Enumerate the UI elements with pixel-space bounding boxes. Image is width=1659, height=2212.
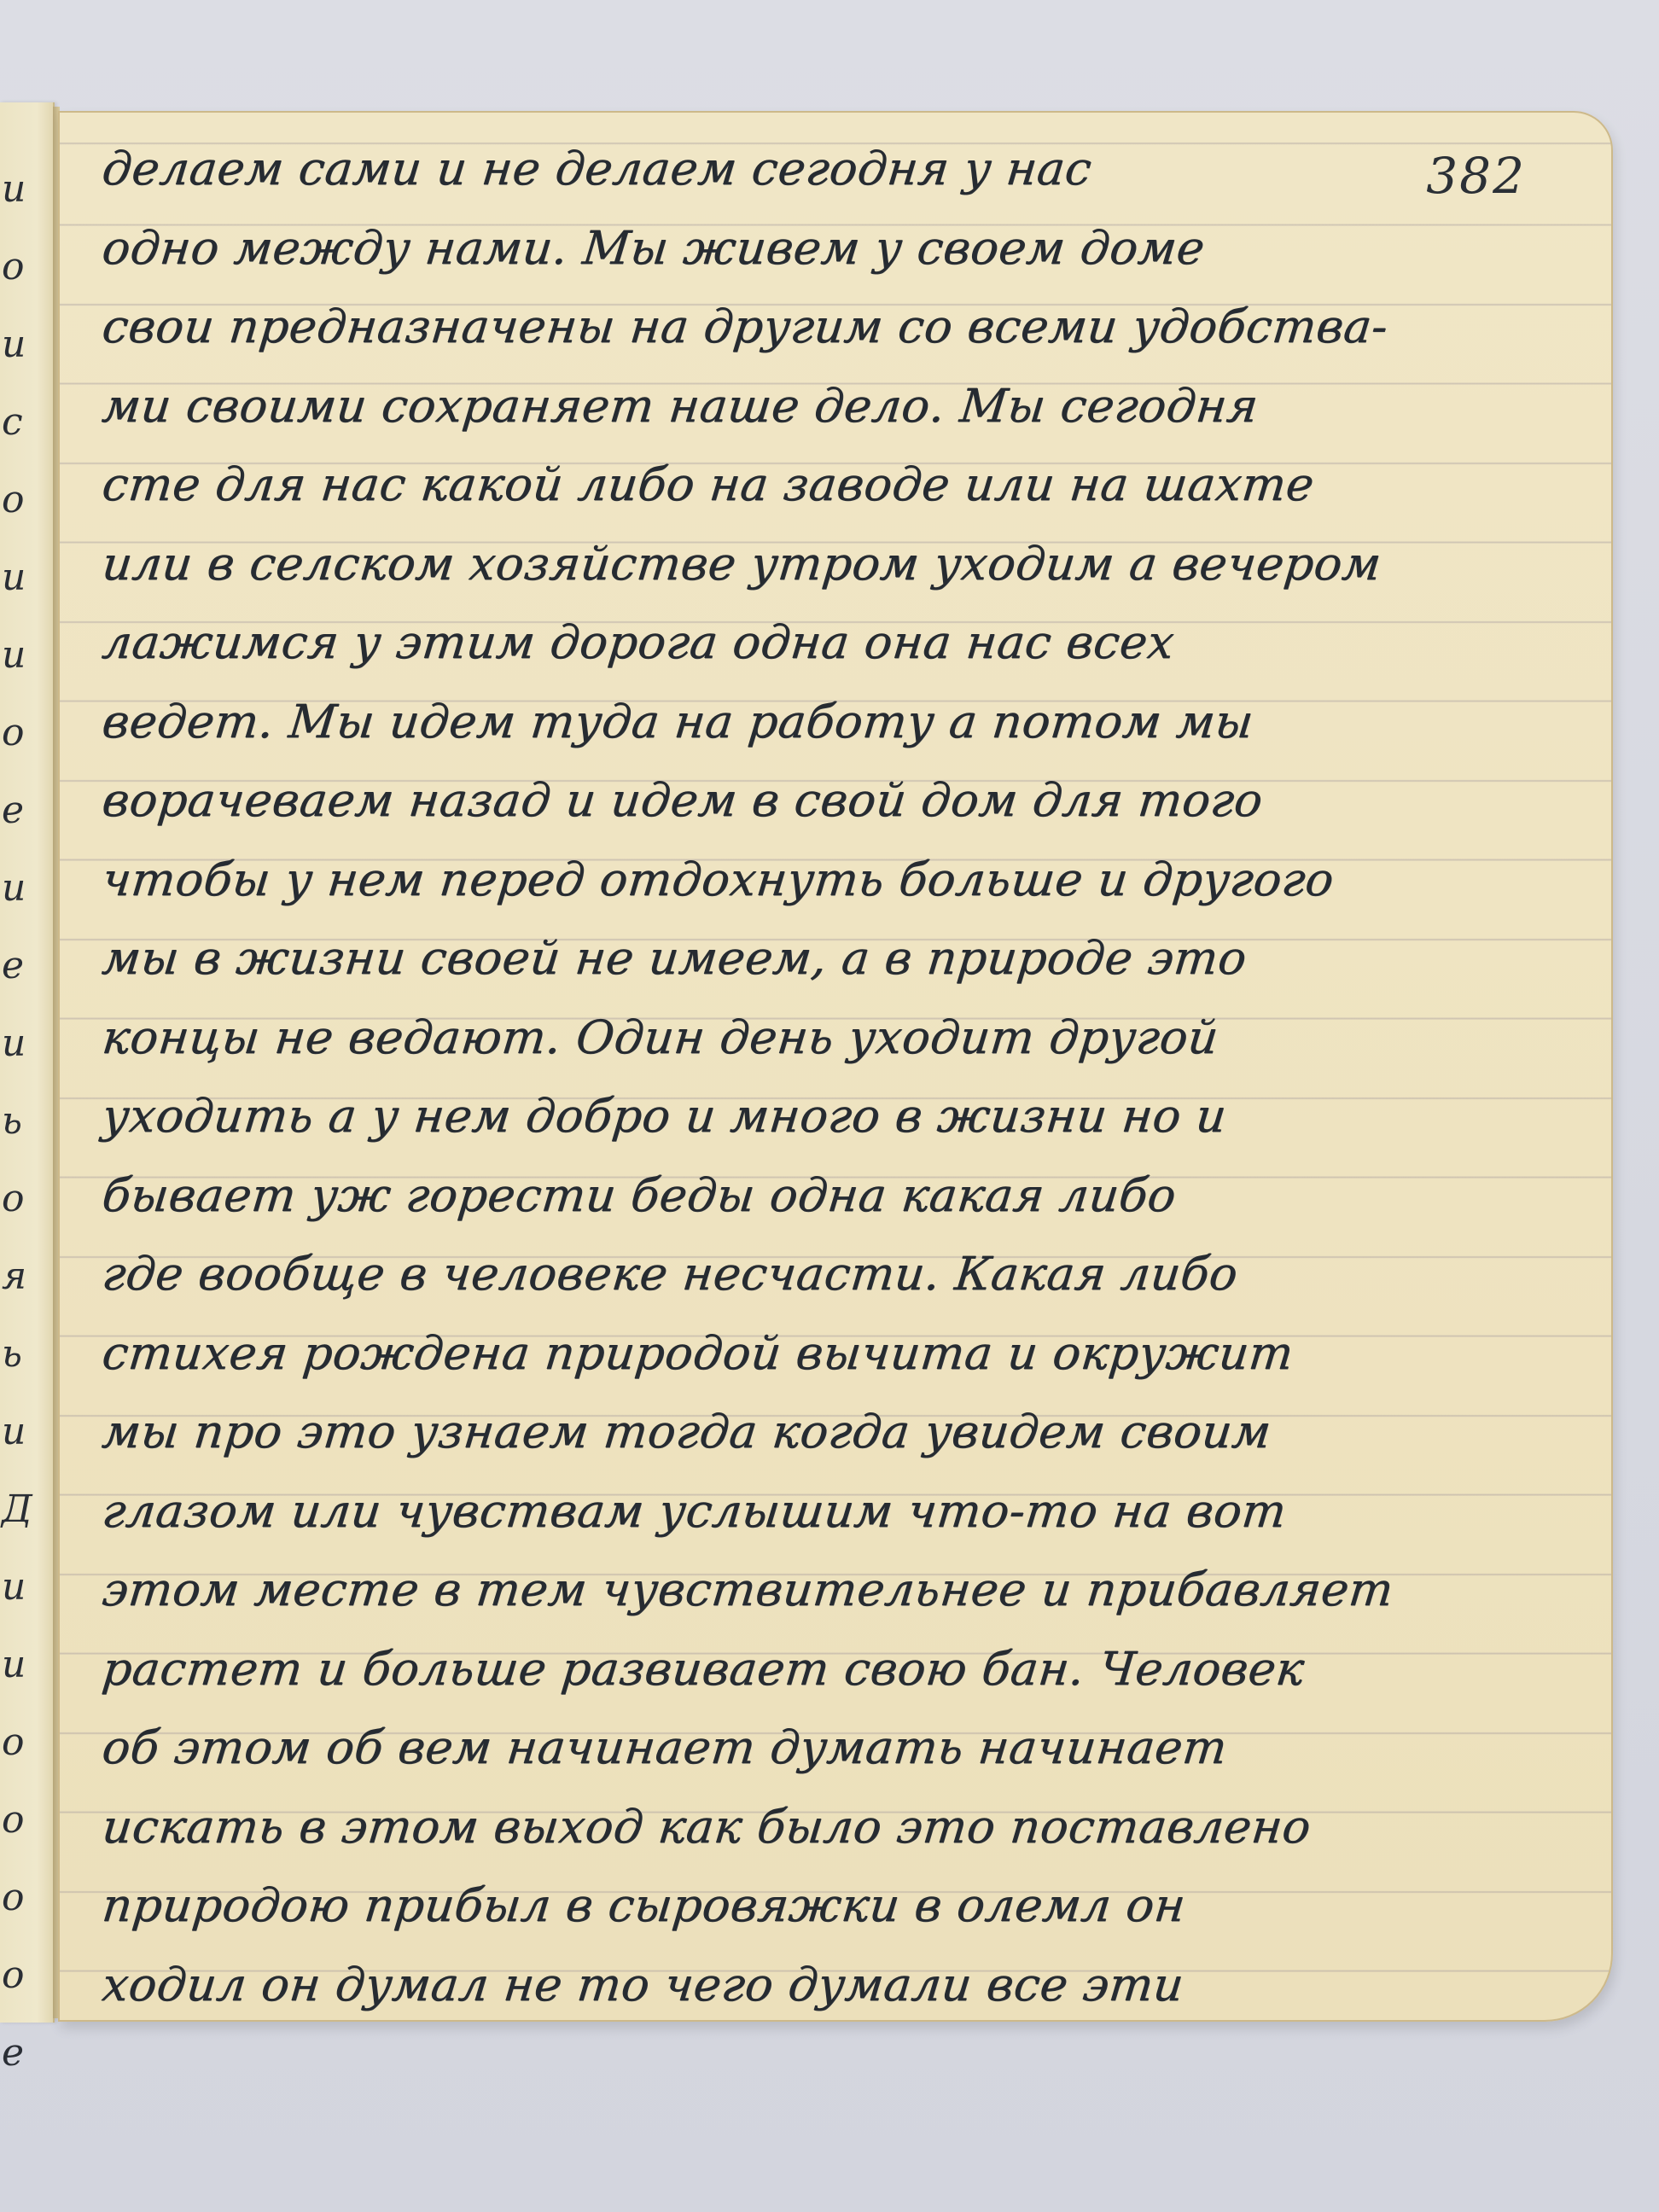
margin-fragment: и bbox=[2, 870, 26, 907]
text-line: растет и больше развивает свою бан. Чело… bbox=[98, 1630, 1557, 1709]
margin-fragment: и bbox=[2, 1569, 26, 1606]
margin-fragment: с bbox=[2, 404, 23, 441]
margin-fragment: е bbox=[2, 792, 24, 829]
handwritten-text: делаем сами и не делаем сегодня у нас од… bbox=[102, 130, 1553, 2022]
text-line: сте для нас какой либо на заводе или на … bbox=[98, 445, 1557, 525]
margin-fragment: и bbox=[2, 171, 26, 208]
text-line: ворачеваем назад и идем в свой дом для т… bbox=[98, 761, 1557, 841]
margin-fragment: и bbox=[2, 559, 26, 597]
text-line: или в селском хозяйстве утром уходим а в… bbox=[98, 525, 1557, 604]
notebook-page: 382 делаем сами и не делаем сегодня у на… bbox=[58, 111, 1613, 2022]
margin-fragment: ь bbox=[2, 1336, 22, 1373]
text-line: ходил он думал не то чего думали все эти bbox=[98, 1946, 1557, 2023]
text-line: концы не ведают. Один день уходит другой bbox=[98, 998, 1557, 1078]
margin-fragment: о bbox=[2, 1724, 25, 1761]
text-line: где вообще в человеке несчасти. Какая ли… bbox=[98, 1235, 1557, 1314]
margin-fragment: и bbox=[2, 1413, 26, 1451]
margin-fragment: е bbox=[2, 2034, 24, 2072]
text-line: глазом или чувствам услышим что-то на во… bbox=[98, 1472, 1557, 1551]
text-line: делаем сами и не делаем сегодня у нас bbox=[98, 130, 1557, 209]
text-line: ведет. Мы идем туда на работу а потом мы bbox=[98, 683, 1557, 762]
margin-fragment: о bbox=[2, 248, 25, 286]
text-line: уходить а у нем добро и много в жизни но… bbox=[98, 1077, 1557, 1156]
margin-fragment: о bbox=[2, 1180, 25, 1218]
margin-fragment: Д bbox=[2, 1491, 32, 1528]
text-line: ми своими сохраняет наше дело. Мы сегодн… bbox=[98, 367, 1557, 446]
margin-fragment: и bbox=[2, 326, 26, 364]
margin-fragment: и bbox=[2, 637, 26, 674]
text-line: одно между нами. Мы живем у своем доме bbox=[98, 209, 1557, 288]
text-line: лажимся у этим дорога одна она нас всех bbox=[98, 603, 1557, 683]
margin-fragment: ь bbox=[2, 1103, 22, 1140]
text-line: свои предназначены на другим со всеми уд… bbox=[98, 288, 1557, 367]
margin-fragment: о bbox=[2, 1957, 25, 1994]
text-line: этом месте в тем чувствительнее и прибав… bbox=[98, 1551, 1557, 1630]
text-line: чтобы у нем перед отдохнуть больше и дру… bbox=[98, 841, 1557, 920]
margin-fragment: я bbox=[2, 1258, 26, 1295]
margin-fragment: о bbox=[2, 714, 25, 752]
text-line: бывает уж горести беды одна какая либо bbox=[98, 1156, 1557, 1236]
margin-fragment: и bbox=[2, 1025, 26, 1062]
margin-fragment: о bbox=[2, 1879, 25, 1917]
margin-fragment: о bbox=[2, 1802, 25, 1839]
text-line: природою прибыл в сыровяжки в олемл он bbox=[98, 1866, 1557, 1946]
text-line: мы про это узнаем тогда когда увидем сво… bbox=[98, 1393, 1557, 1472]
margin-fragment: о bbox=[2, 481, 25, 519]
text-line: искать в этом выход как было это поставл… bbox=[98, 1788, 1557, 1867]
text-line: об этом об вем начинает думать начинает bbox=[98, 1708, 1557, 1788]
text-line: стихея рождена природой вычита и окружит bbox=[98, 1314, 1557, 1394]
text-line: мы в жизни своей не имеем, а в природе э… bbox=[98, 919, 1557, 998]
margin-fragment: и bbox=[2, 1646, 26, 1684]
margin-fragment: е bbox=[2, 947, 24, 985]
previous-page-edge: иоисоииоеиеиьояьиДииоооое bbox=[0, 102, 55, 2023]
